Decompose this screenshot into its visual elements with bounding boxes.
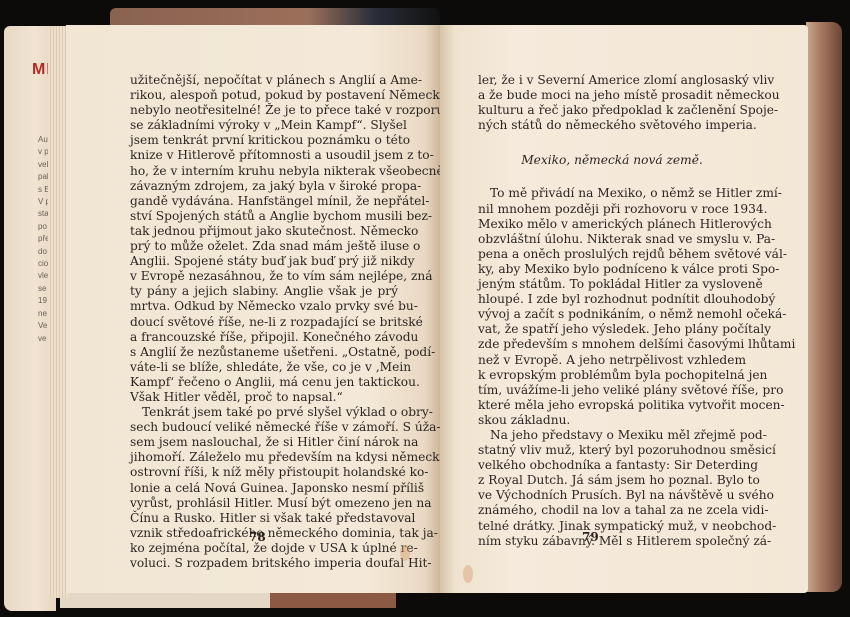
text-line: Tenkrát jsem také po prvé slyšel výklad … [130,405,398,420]
text-line: jeným státům. To pokládal Hitler za vysl… [478,277,746,292]
text-line: ných států do německého světového imperi… [478,118,746,133]
text-line: tím, uvážíme-li jeho veliké plány světov… [478,383,746,398]
text-line: se základními výroky v „Mein Kampf“. Sly… [130,118,398,133]
text-line: v Evropě nezasáhnou, že to vím sám nejlé… [130,269,398,284]
left-page: užitečnější, nepočítat v plánech s Angli… [66,25,440,593]
text-line: ostrovní říši, k níž měly přistoupit hol… [130,465,398,480]
page-number-right: 79 [582,530,599,544]
text-line: Mexiko mělo v amerických plánech Hitlero… [478,217,746,232]
text-line: kulturu a řeč jako předpoklad k začleněn… [478,103,746,118]
right-page-text: ler, že i v Severní Americe zlomí anglos… [478,73,746,549]
text-line: Anglii. Spojené státy buď jak buď prý ji… [130,254,398,269]
left-page-text: užitečnější, nepočítat v plánech s Angli… [130,73,398,571]
text-line: rikou, alespoň potud, pokud by postavení… [130,88,398,103]
text-line: váte-li se blíže, shledáte, že vše, co j… [130,360,398,375]
text-line: zde především s mnohem delšími časovými … [478,337,746,352]
book-right-edge [806,22,842,592]
page-edges-left [48,26,68,598]
text-line: ho, že v interním kruhu nebyla nikterak … [130,164,398,179]
right-page: ler, že i v Severní Americe zlomí anglos… [440,25,808,593]
text-line: To mě přivádí na Mexiko, o němž se Hitle… [478,186,746,201]
text-line: užitečnější, nepočítat v plánech s Angli… [130,73,398,88]
text-line: hloupé. I zde byl rozhodnut podnítit dlo… [478,292,746,307]
paper-stain [463,565,473,583]
text-line: vyrůst, prohlásil Hitler. Musí být omeze… [130,496,398,511]
text-line: Však Hitler věděl, proč to napsal.“ [130,390,398,405]
text-line: závazným zdrojem, za jaký byla v široké … [130,179,398,194]
text-line: známého, chodil na lov a tahal za ne zce… [478,503,746,518]
text-line: ství Spojených států a Anglie bychom mus… [130,209,398,224]
text-line: Čínu a Rusko. Hitler si však také předst… [130,511,398,526]
text-line: skou základnu. [478,413,746,428]
text-line: Kampf‘ řečeno o Anglii, má cenu jen takt… [130,375,398,390]
text-line: k evropským problémům byla pochopitelná … [478,368,746,383]
text-line: a že bude moci na jeho místě prosadit ně… [478,88,746,103]
text-line: sech budoucí veliké německé říše v zámoř… [130,420,398,435]
text-line: vývoj a začít s podnikáním, o němž nemoh… [478,307,746,322]
text-line: gandě vydávána. Hanfstängel mínil, že ne… [130,194,398,209]
text-line: pena a oněch proslulých rejdů během svět… [478,247,746,262]
text-line: vat, že spatří jeho výsledek. Jeho plány… [478,322,746,337]
text-line: velkého obchodníka a fantasty: Sir Deter… [478,458,746,473]
text-line: obzvláštní úlohu. Nikterak snad ve smysl… [478,232,746,247]
text-line: lonie a celá Nová Guinea. Japonsko nesmí… [130,481,398,496]
text-line: prý to může oželet. Zda snad mám ještě i… [130,239,398,254]
text-line: mrtva. Odkud by Německo vzalo prvky své … [130,299,398,314]
background-book-bottom-light [60,592,270,608]
text-line: ler, že i v Severní Americe zlomí anglos… [478,73,746,88]
text-line: a francouzské říše, připojil. Konečného … [130,330,398,345]
text-line: doucí světové říše, ne-li z rozpadající … [130,315,398,330]
text-line: nebylo neotřesitelné! Že je to přece tak… [130,103,398,118]
section-heading: Mexiko, německá nová země. [478,153,746,168]
text-line: než v Evropě. A jeho netrpělivost vzhled… [478,353,746,368]
text-line: ním styku zábavný. Měl s Hitlerem společ… [478,534,746,549]
text-line: ty pány a jejich slabiny. Anglie však je… [130,284,398,299]
text-line: voluci. S rozpadem britského imperia dou… [130,556,398,571]
text-line: s Anglií že nezůstaneme ušetřeni. „Ostat… [130,345,398,360]
text-line: nil mnohem později při rozhovoru v roce … [478,202,746,217]
paper-stain [400,545,410,561]
page-number-left: 78 [249,530,266,544]
text-line: které měla jeho evropská politika vytvoř… [478,398,746,413]
text-line: telné drátky. Jinak sympatický muž, v ne… [478,519,746,534]
text-line: z Royal Dutch. Já sám jsem ho poznal. By… [478,473,746,488]
text-line: knize v Hitlerově přítomnosti a usoudil … [130,148,398,163]
text-line: sem jsem naslouchal, že si Hitler činí n… [130,435,398,450]
background-book-bottom-brown [270,592,396,608]
text-line: jihomoří. Záleželo mu především na kdysi… [130,450,398,465]
text-line: ve Východních Prusích. Byl na návštěvě u… [478,488,746,503]
text-line: Na jeho představy o Mexiku měl zřejmě po… [478,428,746,443]
text-line: ky, aby Mexiko bylo podníceno k válce pr… [478,262,746,277]
text-line: tak jednou přijmout jako skutečnost. Něm… [130,224,398,239]
text-line: jsem tenkrát první kritickou poznámku o … [130,133,398,148]
text-line: statný vliv muž, který byl pozoruhodnou … [478,443,746,458]
